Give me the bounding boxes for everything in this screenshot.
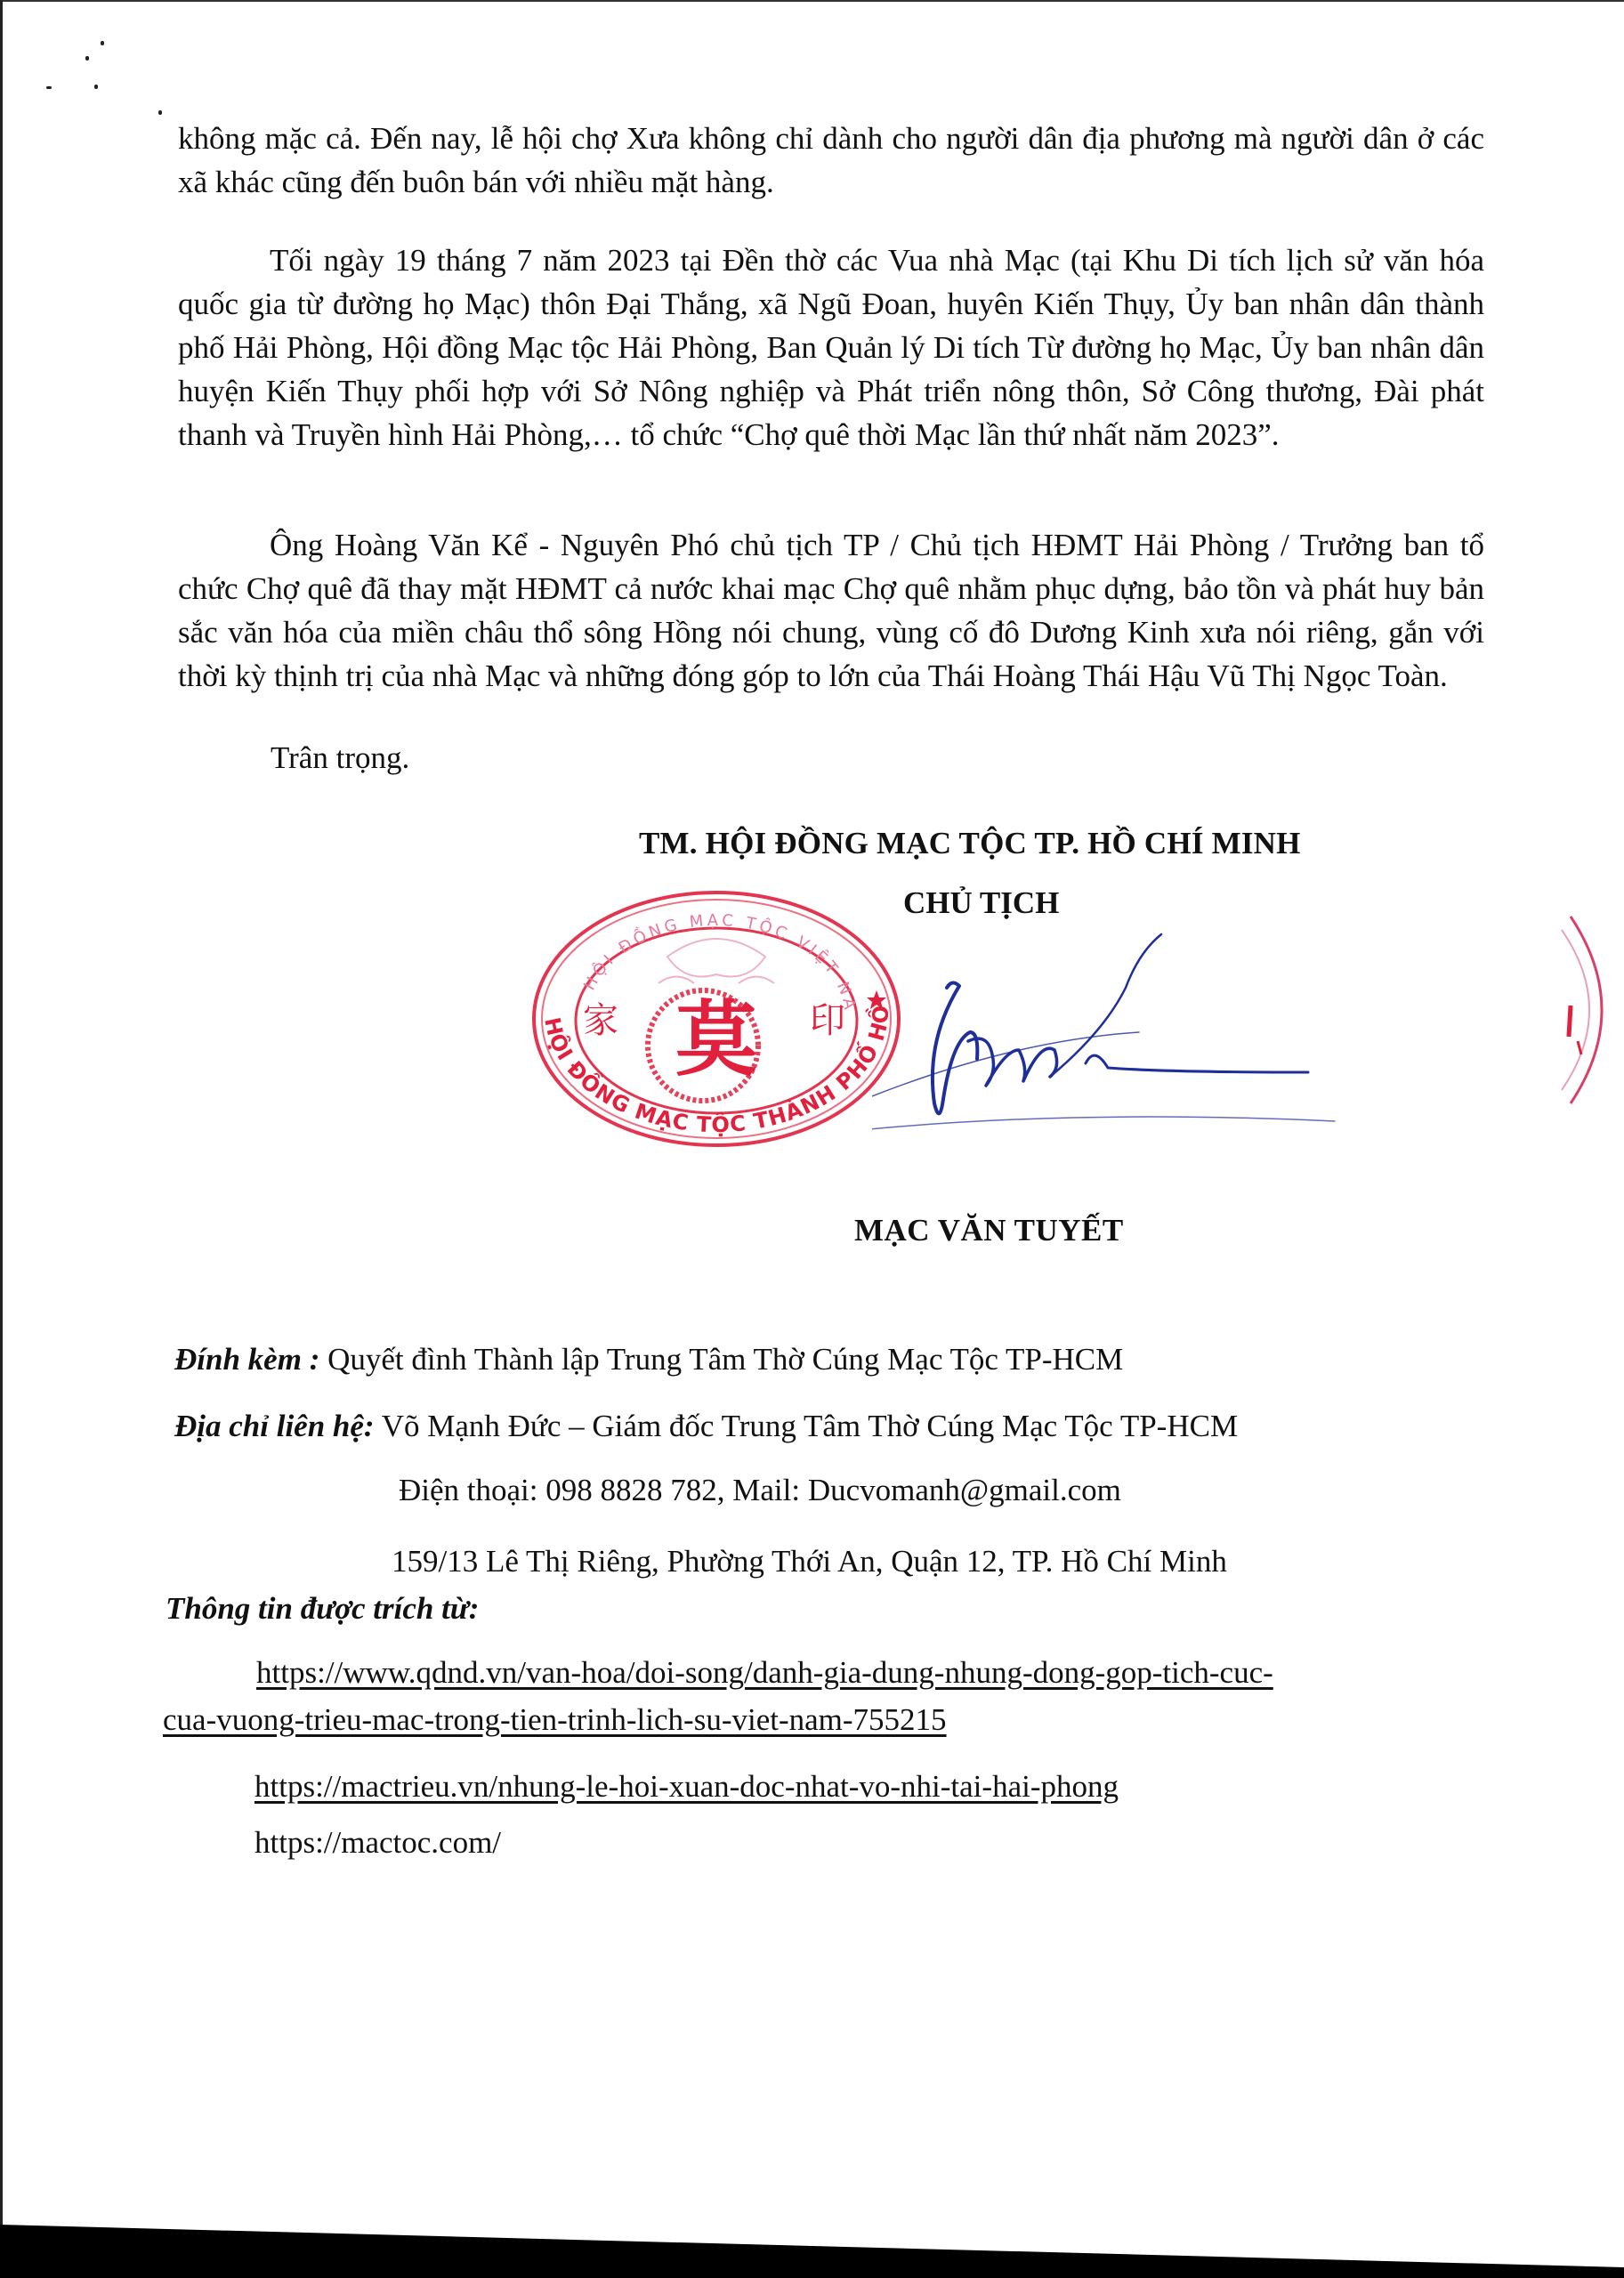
source-link-qdnd-continued[interactable]: cua-vuong-trieu-mac-trong-tien-trinh-lic… [163,1702,947,1738]
body-paragraph-opening: Ông Hoàng Văn Kể - Nguyên Phó chủ tịch T… [178,523,1484,698]
phone-email-line: Điện thoại: 098 8828 782, Mail: Ducvoman… [399,1473,1121,1508]
scan-speck [158,110,162,115]
seal-center-glyph: 莫 [675,991,757,1087]
source-link-mactoc: https://mactoc.com/ [255,1825,501,1861]
paragraph-text: không mặc cả. Đến nay, lễ hội chợ Xưa kh… [178,117,1484,204]
attachment-text: Quyết đình Thành lập Trung Tâm Thờ Cúng … [319,1342,1123,1377]
paragraph-text: Ông Hoàng Văn Kể - Nguyên Phó chủ tịch T… [178,523,1484,698]
seal-left-glyph: 家 [583,1000,618,1041]
attachment-line: Đính kèm : Quyết đình Thành lập Trung Tâ… [174,1342,1123,1377]
signer-name: MẠC VĂN TUYẾT [854,1213,1124,1248]
scan-speck [46,86,52,89]
sources-label: Thông tin được trích từ: [166,1591,479,1627]
contact-label: Địa chỉ liên hệ: [174,1409,375,1443]
source-link-qdnd[interactable]: https://www.qdnd.vn/van-hoa/doi-song/dan… [256,1655,1273,1691]
scanned-document-page: không mặc cả. Đến nay, lễ hội chợ Xưa kh… [0,0,1624,2278]
address-line: 159/13 Lê Thị Riêng, Phường Thới An, Quậ… [392,1544,1227,1579]
handwritten-signature [872,899,1370,1148]
body-paragraph-event: Tối ngày 19 tháng 7 năm 2023 tại Đền thờ… [178,238,1484,456]
body-paragraph-continued: không mặc cả. Đến nay, lễ hội chợ Xưa kh… [178,117,1484,204]
scan-edge-top [0,0,1624,2]
scan-speck [94,85,98,89]
seal-right-glyph: 印 [810,1000,845,1041]
source-link-mactrieu[interactable]: https://mactrieu.vn/nhung-le-hoi-xuan-do… [255,1769,1119,1805]
contact-line: Địa chỉ liên hệ: Võ Mạnh Đức – Giám đốc … [174,1409,1238,1444]
partial-seal-stamp-edge [1553,908,1624,1112]
official-seal-stamp: HỘI ĐỒNG MẠC TỘC VIỆT NAM HỘI ĐỒNG MẠC T… [525,885,908,1152]
attachment-label: Đính kèm : [174,1342,319,1377]
scan-bottom-shadow [0,2225,1624,2278]
scan-speck [85,56,89,61]
closing-salutation: Trân trọng. [271,740,409,776]
scan-speck [101,41,104,45]
signatory-organization: TM. HỘI ĐỒNG MẠC TỘC TP. HỒ CHÍ MINH [639,826,1301,861]
scan-edge-left [0,0,3,2278]
contact-text: Võ Mạnh Đức – Giám đốc Trung Tâm Thờ Cún… [375,1409,1238,1443]
paragraph-text: Tối ngày 19 tháng 7 năm 2023 tại Đền thờ… [178,238,1484,456]
